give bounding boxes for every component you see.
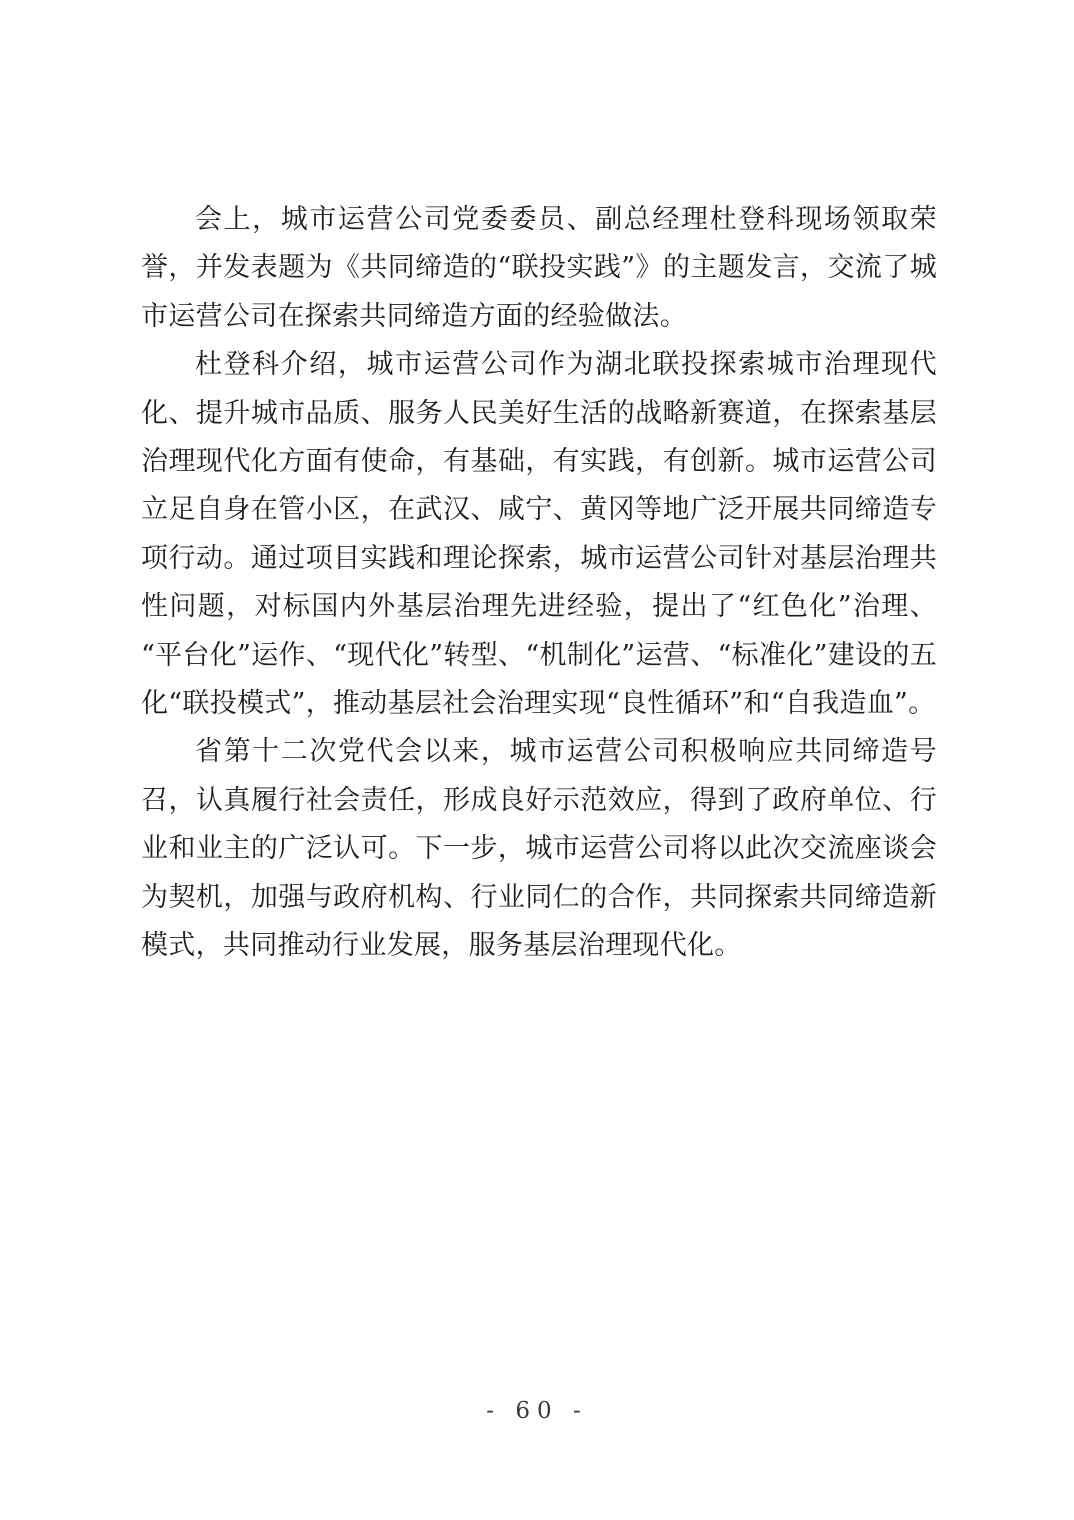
document-page: 会上，城市运营公司党委委员、副总经理杜登科现场领取荣誉，并发表题为《共同缔造的“… bbox=[0, 0, 1074, 1520]
paragraph-2: 杜登科介绍，城市运营公司作为湖北联投探索城市治理现代化、提升城市品质、服务人民美… bbox=[141, 341, 937, 728]
document-body: 会上，城市运营公司党委委员、副总经理杜登科现场领取荣誉，并发表题为《共同缔造的“… bbox=[141, 196, 937, 971]
paragraph-3: 省第十二次党代会以来，城市运营公司积极响应共同缔造号召，认真履行社会责任，形成良… bbox=[141, 728, 937, 970]
page-footer: - 60 - bbox=[0, 1398, 1074, 1424]
paragraph-1: 会上，城市运营公司党委委员、副总经理杜登科现场领取荣誉，并发表题为《共同缔造的“… bbox=[141, 196, 937, 341]
page-number: - 60 - bbox=[486, 1398, 587, 1424]
